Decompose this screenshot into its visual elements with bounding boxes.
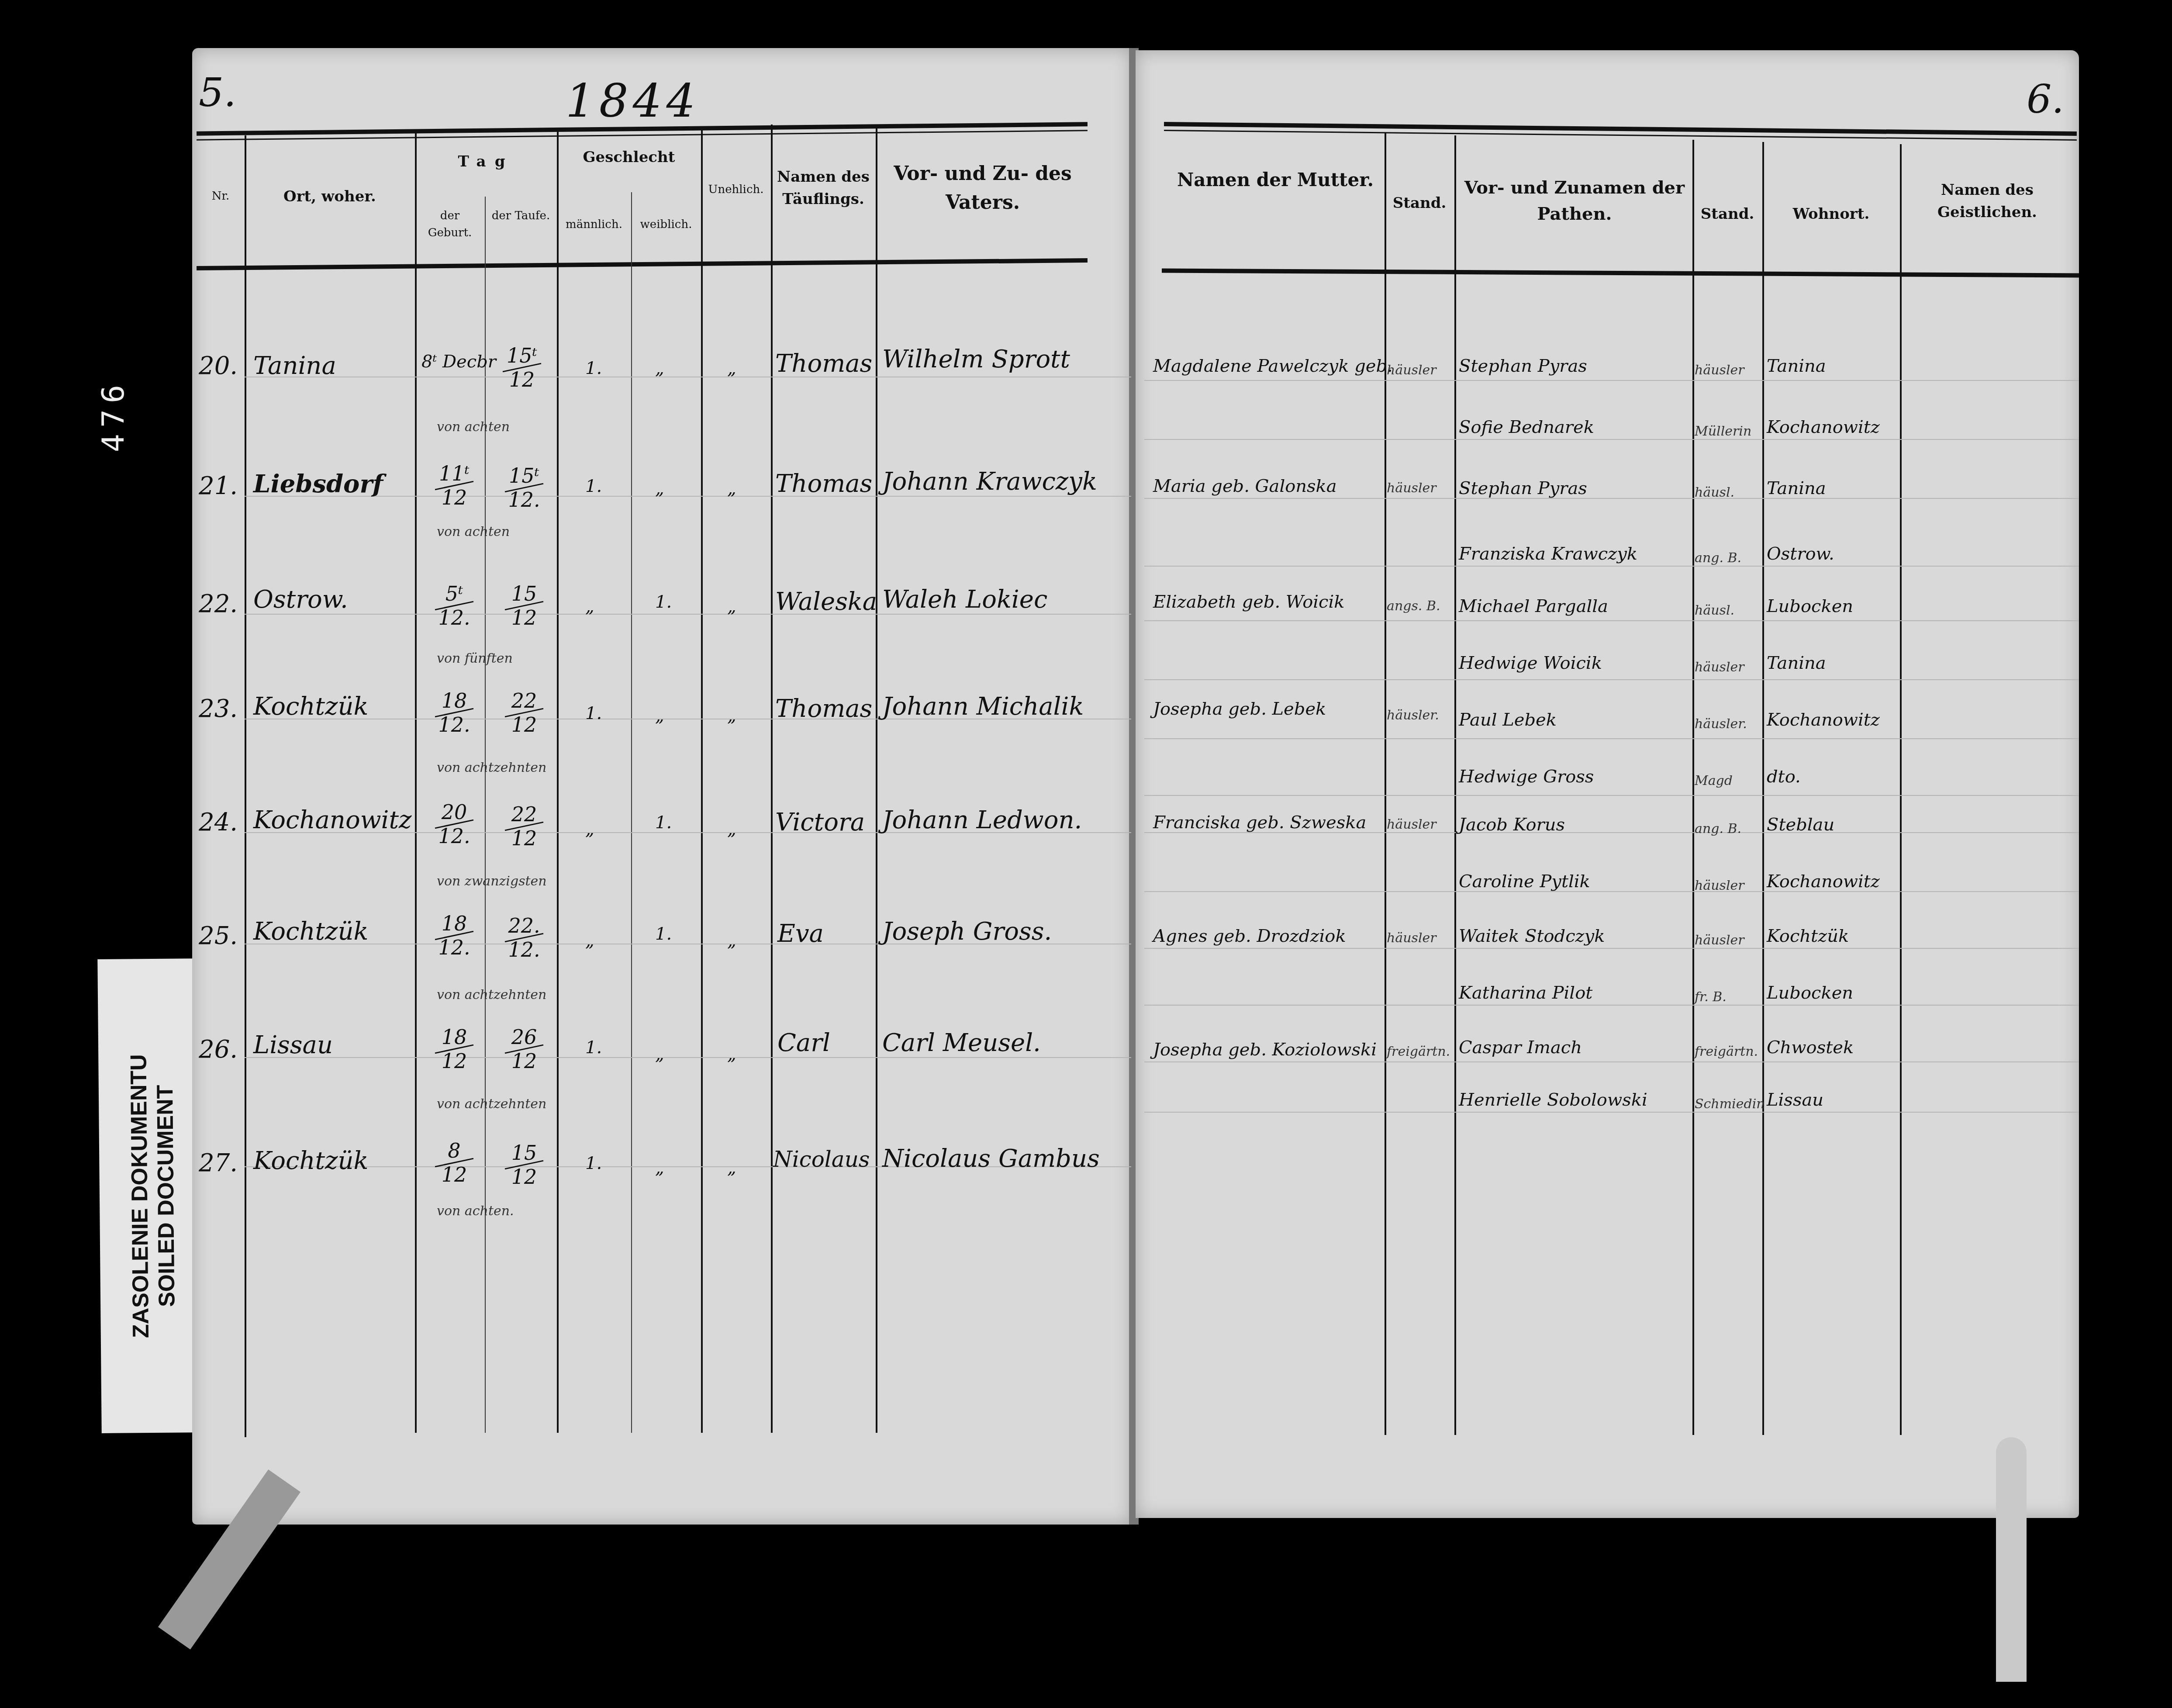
guideline <box>245 377 1131 377</box>
header-stand-mother: Stand. <box>1387 192 1452 214</box>
godparent-status: ang. B. <box>1695 550 1741 566</box>
entry-male: „ <box>585 930 594 951</box>
godparent-name: Paul Lebek <box>1459 710 1557 730</box>
entry-female: „ <box>655 358 664 378</box>
guideline <box>1144 566 2079 567</box>
entry-place: Liebsdorf <box>253 470 383 498</box>
birth-month: 12 <box>430 1164 478 1185</box>
entry-baptism-date: 1512 <box>500 583 548 629</box>
entry-nr: 25. <box>199 922 238 950</box>
entry-place: Kochanowitz <box>253 806 412 834</box>
baptism-month: 12 <box>500 607 548 628</box>
godparent-name: Waitek Stodczyk <box>1459 926 1605 946</box>
entry-father-name: Waleh Lokiec <box>882 585 1047 614</box>
birth-month: 12 <box>430 1051 478 1072</box>
baptism-month: 12 <box>500 828 548 849</box>
mother-name: Elizabeth geb. Woicik <box>1153 592 1345 612</box>
entry-child-name: Nicolaus <box>773 1147 870 1172</box>
guideline <box>1144 1061 2079 1062</box>
entry-male: 1. <box>585 1153 602 1173</box>
entry-illegitimate: „ <box>727 819 736 839</box>
godparent-name: Michael Pargalla <box>1459 596 1608 616</box>
mother-status: häusler <box>1387 930 1436 946</box>
guideline <box>245 1057 1131 1058</box>
entry-place: Ostrow. <box>253 585 348 614</box>
guideline <box>1144 380 2079 381</box>
entry-baptism-date: 2212 <box>500 804 548 849</box>
entry-male: 1. <box>585 1037 602 1058</box>
col-divider <box>631 192 632 1433</box>
guideline <box>1144 1112 2079 1113</box>
entry-child-name: Thomas <box>775 695 872 723</box>
godparent-residence: dto. <box>1767 767 1801 787</box>
godparent-name: Stephan Pyras <box>1459 478 1587 498</box>
entry-father-name: Johann Ledwon. <box>882 806 1082 834</box>
entry-nr: 23. <box>199 695 238 723</box>
mother-status: angs. B. <box>1387 598 1440 614</box>
entry-female: „ <box>655 1044 664 1064</box>
entry-nr: 26. <box>199 1035 238 1064</box>
mother-status: häusler <box>1387 363 1436 378</box>
entry-female: 1. <box>655 813 672 833</box>
entry-baptism-date: 2612 <box>500 1027 548 1072</box>
entry-illegitimate: „ <box>727 596 736 616</box>
guideline <box>1144 738 2079 739</box>
entry-illegitimate: „ <box>727 930 736 951</box>
col-divider <box>1900 144 1902 1435</box>
entry-birth-date: 1812. <box>430 913 478 958</box>
godparent-residence: Kochanowitz <box>1767 710 1880 730</box>
header-pathen: Vor- und Zunamen der Pathen. <box>1459 175 1690 227</box>
entry-father-name: Carl Meusel. <box>882 1029 1041 1057</box>
baptism-month: 12 <box>500 714 548 735</box>
mother-status: freigärtn. <box>1387 1044 1450 1059</box>
entry-male: „ <box>585 819 594 839</box>
entry-note: von achten. <box>437 1203 514 1219</box>
godparent-name: Henrielle Sobolowski <box>1459 1090 1647 1110</box>
godparent-name: Stephan Pyras <box>1459 356 1587 376</box>
col-divider <box>1454 135 1456 1435</box>
birth-month: 12. <box>430 714 478 735</box>
entry-child-name: Eva <box>777 920 824 948</box>
entry-birth-date: 2012. <box>430 802 478 847</box>
entry-father-name: Nicolaus Gambus <box>882 1144 1100 1173</box>
baptism-month: 12. <box>500 489 548 510</box>
entry-note: von achtzehnten <box>437 760 546 775</box>
header-vater: Vor- und Zu- des Vaters. <box>878 159 1088 217</box>
entry-birth-date: 8ᵗ Decbr <box>421 352 496 372</box>
godparent-residence: Tanina <box>1767 653 1826 673</box>
mother-status: häusler <box>1387 481 1436 496</box>
entry-birth-date: 812 <box>430 1140 478 1186</box>
godparent-residence: Tanina <box>1767 356 1826 376</box>
mother-name: Agnes geb. Drozdziok <box>1153 926 1346 946</box>
col-divider <box>1692 140 1694 1435</box>
entry-baptism-date: 15ᵗ12. <box>500 465 548 511</box>
entry-baptism-date: 22.12. <box>500 915 548 961</box>
entry-illegitimate: „ <box>727 1158 736 1178</box>
godparent-status: häusl. <box>1695 485 1734 500</box>
entry-note: von fünften <box>437 651 513 666</box>
col-divider <box>245 135 246 1437</box>
header-wohnort: Wohnort. <box>1765 203 1898 225</box>
birth-month: 12. <box>430 937 478 958</box>
header-geburt: der Geburt. <box>417 207 483 242</box>
godparent-residence: Kochanowitz <box>1767 417 1880 437</box>
entry-male: 1. <box>585 703 602 723</box>
header-unehelich: Unehlich. <box>703 181 769 198</box>
entry-birth-date: 1812. <box>430 690 478 736</box>
birth-month: 12 <box>430 487 478 508</box>
header-stand-godparent: Stand. <box>1695 203 1760 225</box>
entry-note: von achten <box>437 419 510 435</box>
entry-baptism-date: 1512 <box>500 1142 548 1188</box>
entry-nr: 27. <box>199 1149 238 1177</box>
entry-nr: 24. <box>199 808 238 837</box>
entry-baptism-date: 15ᵗ12 <box>498 345 546 391</box>
header-tag: Tag <box>417 151 555 173</box>
mother-name: Maria geb. Galonska <box>1153 476 1337 496</box>
birth-month: 12. <box>430 826 478 847</box>
mother-name: Magdalene Pawelczyk geb. <box>1153 356 1393 376</box>
frame-number: 476 <box>95 379 131 452</box>
entry-child-name: Thomas <box>775 349 872 378</box>
entry-note: von achtzehnten <box>437 987 546 1003</box>
godparent-residence: Lubocken <box>1767 983 1853 1003</box>
godparent-residence: Lissau <box>1767 1090 1823 1110</box>
label-line-1: ZASOLENIE DOKUMENTU <box>126 1054 154 1338</box>
entry-male: „ <box>585 596 594 616</box>
entry-place: Lissau <box>253 1031 333 1059</box>
entry-nr: 20. <box>199 352 238 380</box>
col-divider <box>876 124 877 1433</box>
entry-illegitimate: „ <box>727 705 736 726</box>
godparent-name: Caroline Pytlik <box>1459 871 1590 892</box>
godparent-status: Schmiedin <box>1695 1096 1765 1112</box>
guideline <box>245 614 1131 615</box>
guideline <box>1144 620 2079 621</box>
mother-name: Josepha geb. Lebek <box>1153 699 1326 719</box>
godparent-name: Katharina Pilot <box>1459 983 1592 1003</box>
entry-child-name: Carl <box>777 1029 830 1057</box>
label-line-2: SOILED DOCUMENT <box>152 1085 179 1307</box>
entry-child-name: Waleska <box>775 588 877 616</box>
baptism-month: 12 <box>500 1051 548 1072</box>
right-page-number: 6. <box>2027 76 2064 122</box>
entry-father-name: Joseph Gross. <box>882 917 1052 946</box>
entry-birth-date: 1812 <box>430 1027 478 1072</box>
godparent-status: fr. B. <box>1695 989 1727 1005</box>
entry-father-name: Johann Michalik <box>882 692 1084 721</box>
godparent-status: freigärtn. <box>1695 1044 1758 1059</box>
entry-note: von achtzehnten <box>437 1096 546 1112</box>
godparent-status: häusl. <box>1695 603 1734 618</box>
col-divider <box>771 124 773 1433</box>
entry-female: „ <box>655 1158 664 1178</box>
guideline <box>1144 498 2079 499</box>
entry-child-name: Victora <box>775 808 865 837</box>
book-stand-right <box>1996 1437 2027 1682</box>
guideline <box>1144 679 2079 680</box>
godparent-name: Hedwige Woicik <box>1459 653 1602 673</box>
entry-female: 1. <box>655 924 672 944</box>
godparent-status: häusler <box>1695 660 1744 675</box>
guideline <box>1144 439 2079 440</box>
entry-male: 1. <box>585 358 602 378</box>
guideline <box>1144 891 2079 892</box>
col-divider <box>1762 142 1764 1435</box>
baptism-month: 12. <box>500 939 548 960</box>
header-taufe: der Taufe. <box>487 207 555 225</box>
col-divider <box>485 197 486 1433</box>
entry-place: Kochtzük <box>253 1147 368 1175</box>
godparent-residence: Kochanowitz <box>1767 871 1880 892</box>
godparent-residence: Kochtzük <box>1767 926 1849 946</box>
godparent-residence: Chwostek <box>1767 1037 1854 1058</box>
entry-baptism-date: 2212 <box>500 690 548 736</box>
mother-status: häusler. <box>1387 708 1439 723</box>
header-geistlichen: Namen des Geistlichen. <box>1902 179 2072 224</box>
godparent-name: Franziska Krawczyk <box>1459 544 1637 564</box>
entry-place: Kochtzük <box>253 692 368 721</box>
header-geschlecht: Geschlecht <box>559 146 699 169</box>
godparent-status: häusler <box>1695 933 1744 948</box>
left-page <box>192 48 1131 1525</box>
mother-status: häusler <box>1387 817 1436 832</box>
godparent-status: Magd <box>1695 773 1733 788</box>
baptism-month: 12 <box>498 369 546 390</box>
col-divider <box>415 131 417 1433</box>
col-divider <box>1385 133 1386 1435</box>
entry-illegitimate: „ <box>727 1044 736 1064</box>
entry-birth-date: 5ᵗ12. <box>430 583 478 629</box>
godparent-residence: Tanina <box>1767 478 1826 498</box>
guideline <box>1144 948 2079 949</box>
header-nr: Nr. <box>199 188 242 205</box>
godparent-name: Jacob Korus <box>1459 815 1565 835</box>
entry-father-name: Johann Krawczyk <box>882 467 1097 496</box>
godparent-name: Caspar Imach <box>1459 1037 1582 1058</box>
entry-illegitimate: „ <box>727 358 736 378</box>
godparent-name: Hedwige Gross <box>1459 767 1594 787</box>
godparent-status: häusler. <box>1695 716 1747 732</box>
godparent-residence: Lubocken <box>1767 596 1853 616</box>
mother-name: Josepha geb. Koziolowski <box>1153 1040 1377 1060</box>
entry-female: „ <box>655 705 664 726</box>
col-divider <box>557 129 559 1433</box>
register-year: 1844 <box>566 74 700 128</box>
entry-note: von achten <box>437 524 510 539</box>
entry-birth-date: 11ᵗ12 <box>430 463 478 508</box>
entry-place: Kochtzük <box>253 917 368 946</box>
header-ort: Ort, woher. <box>249 186 411 208</box>
entry-father-name: Wilhelm Sprott <box>882 345 1070 373</box>
entry-place: Tanina <box>253 352 336 380</box>
baptism-month: 12 <box>500 1166 548 1187</box>
godparent-status: ang. B. <box>1695 821 1741 837</box>
godparent-residence: Ostrow. <box>1767 544 1834 564</box>
entry-illegitimate: „ <box>727 478 736 498</box>
col-divider <box>701 127 703 1433</box>
left-page-number: 5. <box>199 70 236 116</box>
guideline <box>1144 795 2079 796</box>
birth-month: 12. <box>430 607 478 628</box>
entry-child-name: Thomas <box>775 470 872 498</box>
godparent-status: häusler <box>1695 363 1744 378</box>
header-weiblich: weiblich. <box>633 216 699 233</box>
header-mutter: Namen der Mutter. <box>1171 166 1380 194</box>
godparent-residence: Steblau <box>1767 815 1834 835</box>
entry-female: 1. <box>655 592 672 612</box>
entry-note: von zwanzigsten <box>437 874 547 889</box>
entry-female: „ <box>655 478 664 498</box>
header-maennlich: männlich. <box>559 216 629 233</box>
mother-name: Franciska geb. Szweska <box>1153 813 1366 833</box>
entry-nr: 21. <box>199 472 238 500</box>
guideline <box>1144 1005 2079 1006</box>
entry-nr: 22. <box>199 590 238 618</box>
godparent-name: Sofie Bednarek <box>1459 417 1594 437</box>
entry-male: 1. <box>585 476 602 496</box>
godparent-status: häusler <box>1695 878 1744 893</box>
godparent-status: Müllerin <box>1695 424 1751 439</box>
header-taeufling: Namen des Täuflings. <box>773 166 874 211</box>
